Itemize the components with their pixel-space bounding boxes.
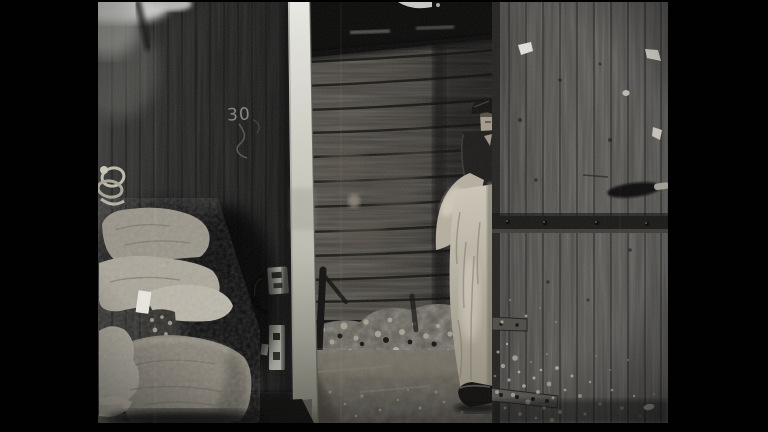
border-right (668, 0, 768, 432)
vignette (98, 2, 668, 423)
film-still: Black-and-white film still: a man in a c… (0, 0, 768, 432)
film-still-frame: Black-and-white film still: a man in a c… (0, 0, 768, 432)
border-top (0, 0, 768, 2)
border-bottom (0, 423, 768, 432)
border-left (0, 0, 98, 432)
